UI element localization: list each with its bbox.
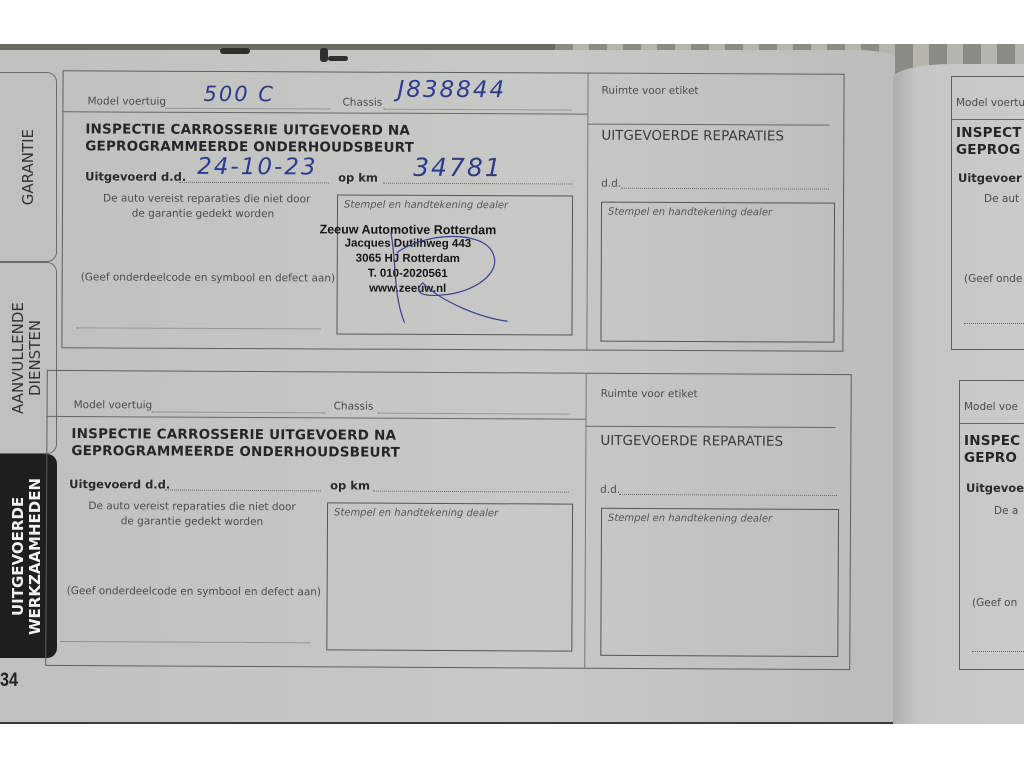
chassis-dotted-line — [383, 109, 571, 111]
tab-label: AANVULLENDE DIENSTEN — [10, 263, 46, 453]
uitgevoerd-label: Uitgevoerd d.d. — [85, 169, 186, 183]
etiket-label: Ruimte voor etiket — [602, 85, 699, 97]
model-label: Model voe — [964, 401, 1018, 413]
form-title: INSPEC GEPRO — [964, 433, 1020, 467]
uitgevoerd-label: Uitgevoerd d.d. — [69, 477, 170, 492]
geef-label: (Geef onderdeelcode en symbool en defect… — [81, 271, 335, 284]
uitgevoerd-label: Uitgevoer — [958, 171, 1022, 185]
km-dotted-line[interactable] — [373, 491, 569, 493]
uitgevoerd-label: Uitgevoe — [966, 481, 1024, 495]
note-line-1: De auto vereist reparaties die niet door — [87, 499, 297, 515]
stempel-caption: Stempel en handtekening dealer — [334, 507, 498, 519]
chassis-dotted-line[interactable] — [378, 413, 570, 415]
warranty-note: De auto vereist reparaties die niet door… — [103, 191, 303, 222]
booklet-photo: GARANTIE AANVULLENDE DIENSTEN UITGEVOERD… — [0, 44, 1024, 724]
dd-dotted-line[interactable] — [619, 494, 837, 496]
defect-dotted-line[interactable] — [964, 323, 1024, 324]
stempel-caption: Stempel en handtekening dealer — [344, 200, 508, 212]
stempel-caption: Stempel en handtekening dealer — [608, 513, 772, 525]
geef-label: (Geef onderdeelcode en symbool en defect… — [67, 585, 321, 598]
etiket-label: Ruimte voor etiket — [601, 388, 698, 401]
date-value[interactable]: 24-10-23 — [197, 154, 318, 181]
title-line-1: INSPECTIE CARROSSERIE UITGEVOERD NA — [71, 426, 400, 445]
page-edge-graphic — [220, 48, 360, 62]
right-form-1: Model voertu INSPECT GEPROG Uitgevoer De… — [951, 76, 1024, 350]
form-title: INSPECTIE CARROSSERIE UITGEVOERD NA GEPR… — [71, 426, 400, 462]
tab-garantie[interactable]: GARANTIE — [0, 72, 57, 262]
right-page: Model voertu INSPECT GEPROG Uitgevoer De… — [893, 64, 1024, 724]
note-line-1: De auto vereist reparaties die niet door — [103, 191, 303, 207]
defect-dotted-line[interactable] — [76, 327, 320, 329]
defect-dotted-line[interactable] — [972, 651, 1024, 652]
note-line-2: de garantie gedekt worden — [87, 514, 297, 530]
note-line-1: De aut — [984, 193, 1019, 205]
defect-dotted-line[interactable] — [60, 641, 310, 643]
form-title: INSPECTIE CARROSSERIE UITGEVOERD NA GEPR… — [85, 121, 414, 156]
chassis-label: Chassis — [334, 400, 374, 412]
op-km-label: op km — [330, 478, 370, 492]
signature — [382, 223, 512, 334]
stempel-caption: Stempel en handtekening dealer — [608, 207, 772, 219]
model-dotted-line[interactable] — [152, 411, 326, 413]
tab-label: UITGEVOERDE WERKZAAMHEDEN — [10, 455, 46, 657]
note-line-1: De a — [994, 505, 1018, 517]
reparaties-title: UITGEVOERDE REPARATIES — [600, 433, 783, 450]
km-dotted-line — [383, 183, 573, 185]
title-line-2: GEPROGRAMMEERDE ONDERHOUDSBEURT — [71, 443, 400, 462]
dealer-stamp-box: Stempel en handtekening dealer — [326, 502, 573, 651]
dd-dotted-line — [621, 188, 829, 190]
note-line-2: de garantie gedekt worden — [103, 206, 303, 222]
inspection-form-1: Model voertuig 500 C Chassis J838844 Rui… — [61, 70, 844, 351]
model-value[interactable]: 500 C — [203, 82, 275, 106]
tab-label: GARANTIE — [20, 129, 37, 205]
dd-label: d.d. — [601, 178, 621, 190]
title-line-1: INSPEC — [964, 433, 1020, 450]
inspection-form-2: Model voertuig Chassis Ruimte voor etike… — [45, 370, 852, 670]
geef-label: (Geef onde — [964, 273, 1022, 285]
date-dotted-line — [179, 182, 329, 184]
warranty-note: De auto vereist reparaties die niet door… — [87, 499, 297, 530]
title-line-2: GEPROG — [956, 142, 1022, 159]
op-km-label: op km — [338, 170, 378, 184]
model-label: Model voertuig — [74, 399, 153, 411]
page-number: 34 — [0, 670, 18, 692]
form-title: INSPECT GEPROG — [956, 125, 1022, 159]
dd-label: d.d. — [600, 484, 620, 496]
repair-stamp-box: Stempel en handtekening dealer — [600, 508, 839, 657]
title-line-1: INSPECT — [956, 125, 1022, 142]
model-label: Model voertu — [956, 97, 1024, 109]
title-line-1: INSPECTIE CARROSSERIE UITGEVOERD NA — [85, 121, 414, 139]
left-page: GARANTIE AANVULLENDE DIENSTEN UITGEVOERD… — [0, 50, 895, 722]
date-dotted-line[interactable] — [165, 490, 321, 492]
chassis-label: Chassis — [342, 97, 382, 109]
repair-stamp-box: Stempel en handtekening dealer — [600, 202, 835, 343]
title-line-2: GEPRO — [964, 450, 1020, 467]
km-value[interactable]: 34781 — [413, 153, 503, 182]
right-form-2: Model voe INSPEC GEPRO Uitgevoe De a (Ge… — [959, 380, 1024, 670]
model-label: Model voertuig — [87, 95, 166, 107]
model-dotted-line — [165, 108, 330, 110]
chassis-value[interactable]: J838844 — [397, 77, 506, 103]
geef-label: (Geef on — [972, 597, 1017, 609]
reparaties-title: UITGEVOERDE REPARATIES — [601, 128, 784, 145]
